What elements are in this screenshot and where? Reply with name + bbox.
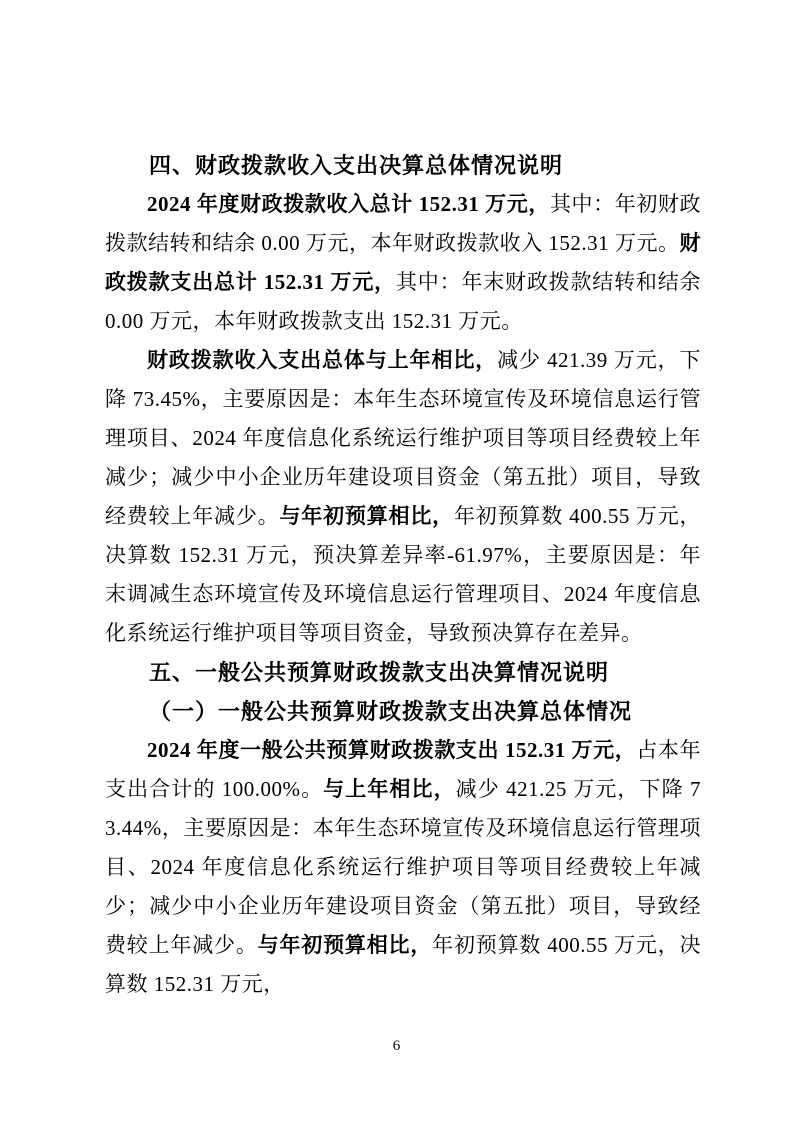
- paragraph-year-over-year-comparison: 财政拨款收入支出总体与上年相比，减少 421.39 万元，下降 73.45%，主…: [105, 341, 701, 653]
- page-number: 6: [0, 1038, 793, 1055]
- text-run-bold: 2024 年度财政拨款收入总计 152.31 万元，: [147, 192, 550, 216]
- paragraph-fiscal-income-expenditure-totals: 2024 年度财政拨款收入总计 152.31 万元，其中：年初财政拨款结转和结余…: [105, 185, 701, 341]
- paragraph-general-public-budget-expenditure: 2024 年度一般公共预算财政拨款支出 152.31 万元，占本年支出合计的 1…: [105, 731, 701, 1004]
- document-content: 四、财政拨款收入支出决算总体情况说明 2024 年度财政拨款收入总计 152.3…: [105, 146, 701, 1004]
- text-run-bold: 2024 年度一般公共预算财政拨款支出 152.31 万元，: [147, 738, 636, 762]
- document-page: 四、财政拨款收入支出决算总体情况说明 2024 年度财政拨款收入总计 152.3…: [0, 0, 793, 1122]
- text-run-bold: 与年初预算相比，: [279, 504, 453, 528]
- section-heading-fiscal-appropriation-overview: 四、财政拨款收入支出决算总体情况说明: [105, 146, 701, 185]
- text-run-bold: 与年初预算相比，: [258, 933, 432, 957]
- section-heading-general-public-budget-expenditure: 五、一般公共预算财政拨款支出决算情况说明: [105, 653, 701, 692]
- text-run-bold: 财政拨款收入支出总体与上年相比，: [147, 348, 497, 372]
- subsection-heading-expenditure-overall-situation: （一）一般公共预算财政拨款支出决算总体情况: [105, 692, 701, 731]
- text-run-bold: 与上年相比，: [323, 777, 456, 801]
- text-run: 减少 421.25 万元，下降 73.44%，主要原因是：本年生态环境宣传及环境…: [105, 777, 701, 957]
- text-run: 减少 421.39 万元，下降 73.45%，主要原因是：本年生态环境宣传及环境…: [105, 348, 701, 528]
